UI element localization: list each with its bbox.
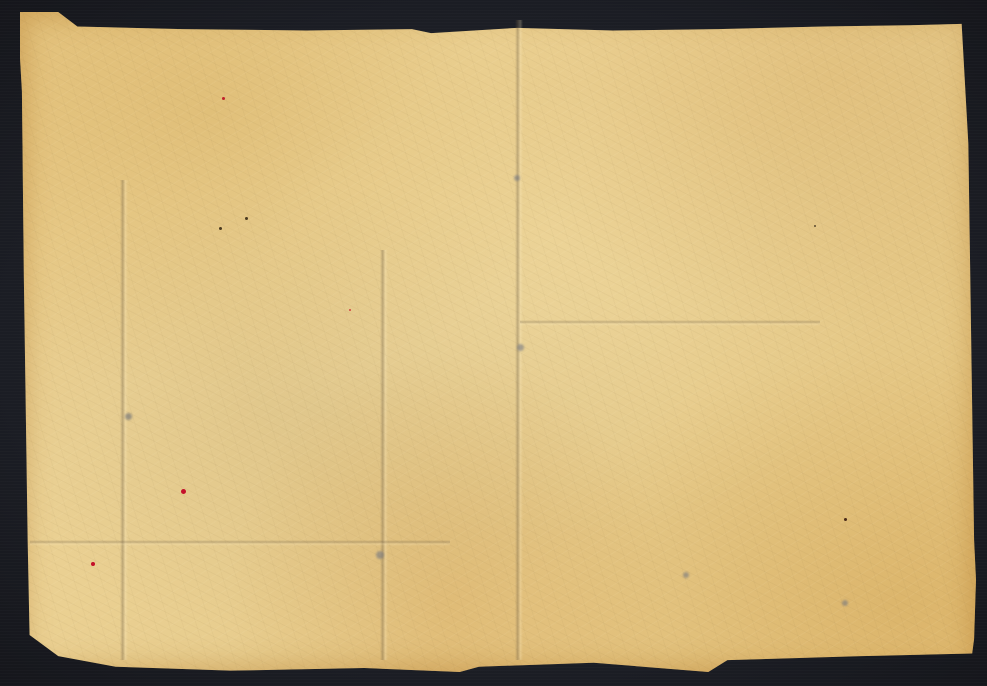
red-dot-mark [349,309,351,311]
edge-stain [20,12,976,672]
grey-smudge-mark [125,413,132,420]
red-dot-mark [181,489,186,494]
grey-smudge-mark [514,175,520,181]
grey-smudge-mark [376,551,384,559]
grey-smudge-mark [842,600,848,606]
grey-smudge-mark [517,344,524,351]
aged-paper-sheet [20,12,976,672]
dark-dot-mark [219,227,222,230]
red-dot-mark [91,562,95,566]
paper-crease [120,180,128,660]
photo-scene [0,0,987,686]
dark-dot-mark [814,225,816,227]
paper-crease [30,540,450,546]
red-dot-mark [222,97,225,100]
paper-crease [380,250,388,660]
dark-dot-mark [844,518,847,521]
paper-crease [515,20,523,660]
dark-dot-mark [245,217,248,220]
grey-smudge-mark [683,572,689,578]
paper-crease [520,320,820,326]
